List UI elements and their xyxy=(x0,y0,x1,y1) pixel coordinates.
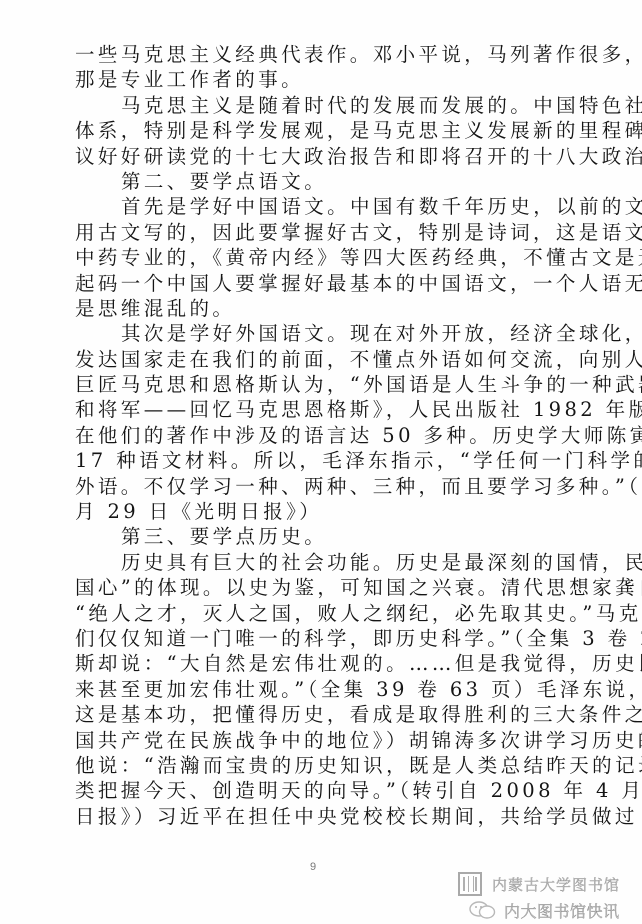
text-line: 类把握今天、创造明天的向导。”（转引自 2008 年 4 月 17 日《人民 xyxy=(75,778,567,803)
page-number: 9 xyxy=(310,861,316,873)
text-line: “绝人之才，灭人之国，败人之纲纪，必先取其史。”马克思说：“我 xyxy=(75,601,567,626)
text-line: 中药专业的，《黄帝内经》等四大医药经典，不懂古文是无法看懂的。 xyxy=(75,245,567,270)
text-line: 在他们的著作中涉及的语言达 50 多种。历史学大师陈寅恪，能利用 xyxy=(75,423,567,448)
text-line: 第三、要学点历史。 xyxy=(75,524,567,549)
text-line: 这是基本功，把懂得历史，看成是取得胜利的三大条件之一。（见《中 xyxy=(75,702,567,727)
text-line: 和将军——回忆马克思恩格斯》，人民出版社 1982 年版，第 94 页） xyxy=(75,397,567,422)
body-text: 一些马克思主义经典代表作。邓小平说，马列著作很多，多读全读，那是专业工作者的事。… xyxy=(75,42,567,829)
text-line: 国心”的体现。以史为鉴，可知国之兴衰。清代思想家龚自珍说得对： xyxy=(75,575,567,600)
text-line: 首先是学好中国语文。中国有数千年历史，以前的文言格式都是 xyxy=(75,194,567,219)
text-line: 第二、要学点语文。 xyxy=(75,169,567,194)
watermark-library-name: 内蒙古大学图书馆 xyxy=(492,874,620,895)
text-line: 历史具有巨大的社会功能。历史是最深刻的国情，民族的根，“中 xyxy=(75,550,567,575)
text-line: 斯却说：“大自然是宏伟壮观的。……但是我觉得，历史比起大自然 xyxy=(75,651,567,676)
text-line: 17 种语文材料。所以，毛泽东指示，“学任何一门科学的，都得学习 xyxy=(75,448,567,473)
text-line: 日报》）习近平在担任中央党校校长期间，共给学员做过 19 次讲课 xyxy=(75,804,567,829)
text-line: 月 29 日《光明日报》） xyxy=(75,499,567,524)
text-line: 是思维混乱的。 xyxy=(75,296,567,321)
wechat-icon xyxy=(468,900,498,920)
text-line: 他说：“浩瀚而宝贵的历史知识，既是人类总结昨天的记录，又是人 xyxy=(75,753,567,778)
text-line: 们仅仅知道一门唯一的科学，即历史科学。”（全集 3 卷 20 页）恩格 xyxy=(75,626,567,651)
text-line: 马克思主义是随着时代的发展而发展的。中国特色社会主义理论 xyxy=(75,93,567,118)
text-line: 其次是学好外国语文。现在对外开放，经济全球化，科学技术， xyxy=(75,321,567,346)
text-line: 体系，特别是科学发展观，是马克思主义发展新的里程碑。因此，建 xyxy=(75,118,567,143)
text-line: 外语。不仅学习一种、两种、三种，而且要学习多种。”（1978 年 12 xyxy=(75,474,567,499)
watermark-account-name: 内大图书馆快讯 xyxy=(504,899,620,922)
text-line: 用古文写的，因此要掌握好古文，特别是诗词，这是语文的精华。学 xyxy=(75,220,567,245)
text-line: 那是专业工作者的事。 xyxy=(75,67,567,92)
library-seal-icon xyxy=(458,872,482,896)
text-line: 国共产党在民族战争中的地位》）胡锦涛多次讲学习历史的重要性， xyxy=(75,728,567,753)
text-line: 发达国家走在我们的前面，不懂点外语如何交流，向别人学习？科学 xyxy=(75,347,567,372)
document-page: 一些马克思主义经典代表作。邓小平说，马列著作很多，多读全读，那是专业工作者的事。… xyxy=(0,0,642,924)
text-line: 议好好研读党的十七大政治报告和即将召开的十八大政治报告。 xyxy=(75,144,567,169)
text-line: 一些马克思主义经典代表作。邓小平说，马列著作很多，多读全读， xyxy=(75,42,567,67)
text-line: 起码一个中国人要掌握好最基本的中国语文，一个人语无伦次，肯定 xyxy=(75,271,567,296)
watermark: 内蒙古大学图书馆 内大图书馆快讯 xyxy=(454,868,642,924)
text-line: 巨匠马克思和恩格斯认为，“外国语是人生斗争的一种武器。”（《摩尔 xyxy=(75,372,567,397)
text-line: 来甚至更加宏伟壮观。”（全集 39 卷 63 页）毛泽东说，必须懂历史， xyxy=(75,677,567,702)
